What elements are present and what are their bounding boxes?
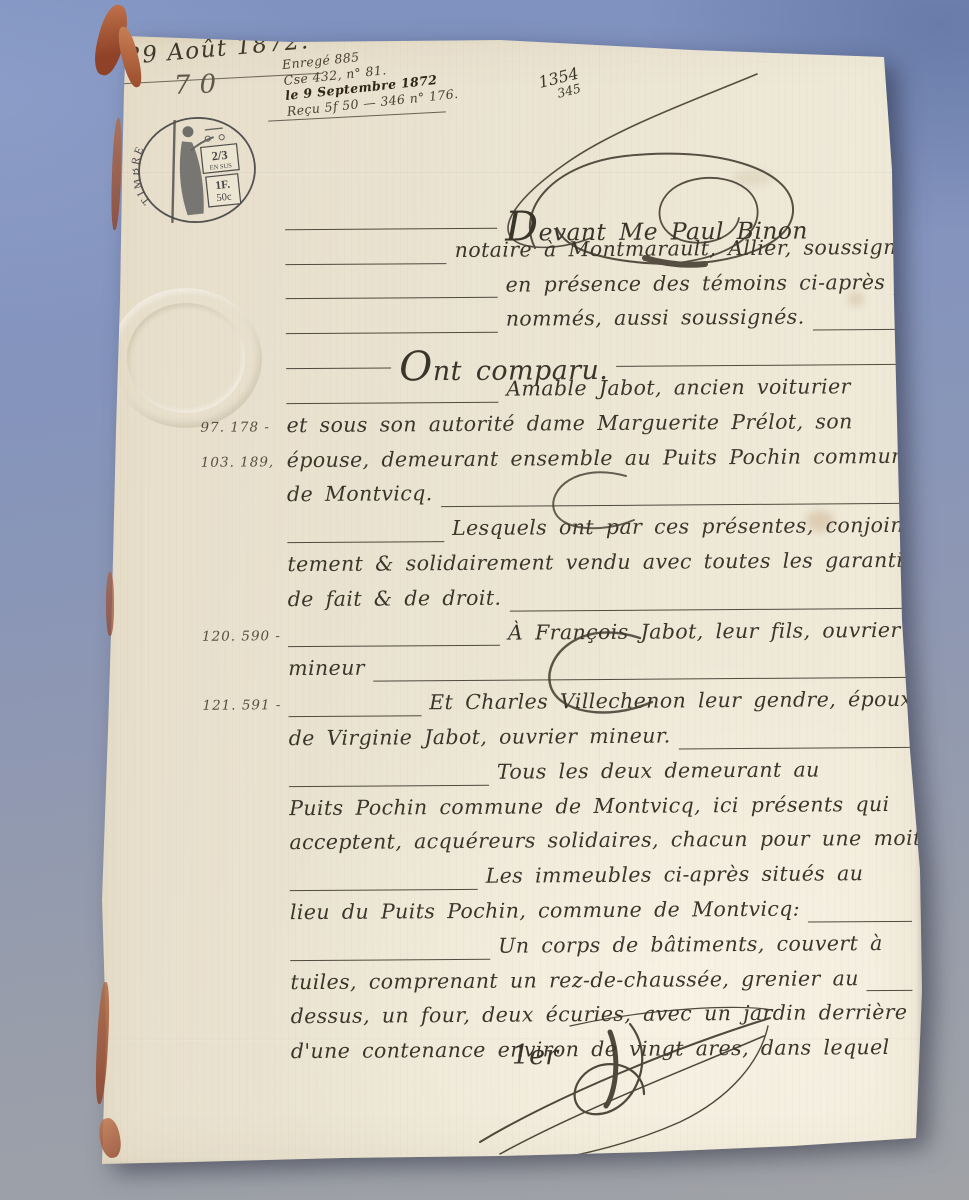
- manuscript-line: Les immeubles ci-après situés au: [290, 861, 914, 900]
- handwritten-text: de Virginie Jabot, ouvrier mineur.: [289, 723, 671, 750]
- manuscript-line: acceptent, acquéreurs solidaires, chacun…: [289, 826, 913, 865]
- manuscript-line: notaire à Montmarault, Allier, soussigné: [285, 235, 909, 274]
- paraph-label: 1er: [512, 1040, 560, 1071]
- handwritten-text: Tous les deux demeurant au: [497, 757, 820, 783]
- handwritten-text: lieu du Puits Pochin, commune de Montvic…: [290, 897, 800, 925]
- blank-fill-line: [287, 541, 444, 543]
- margin-annotation: 120. 590 -: [202, 628, 281, 645]
- manuscript-line: de fait & de droit.: [288, 583, 912, 622]
- stamp-surcharge-box: 2/3 EN SUS: [201, 144, 240, 174]
- svg-text:2/3: 2/3: [211, 148, 228, 164]
- handwritten-text: Et Charles Villechenon leur gendre, épou…: [429, 687, 912, 714]
- blank-fill-line: [288, 645, 500, 647]
- manuscript-line: Amable Jabot, ancien voiturier: [286, 374, 910, 413]
- svg-text:50c: 50c: [216, 192, 233, 205]
- signature-paraph: 1er: [420, 1002, 780, 1177]
- handwritten-text: nommés, aussi soussignés.: [506, 305, 805, 331]
- manuscript-line: nommés, aussi soussignés.: [286, 304, 910, 343]
- margin-annotation: 121. 591 -: [202, 697, 281, 714]
- blank-fill-line: [808, 921, 912, 923]
- handwritten-text: Amable Jabot, ancien voiturier: [506, 374, 851, 400]
- handwritten-text: tuiles, comprenant un rez-de-chaussée, g…: [290, 966, 859, 994]
- manuscript-line: Puits Pochin commune de Montvicq, ici pr…: [289, 791, 913, 830]
- handwritten-text: Un corps de bâtiments, couvert à: [498, 931, 883, 958]
- blank-fill-line: [679, 747, 911, 750]
- handwritten-text: tement & solidairement vendu avec toutes…: [287, 548, 926, 576]
- blank-fill-line: [813, 329, 908, 331]
- timbre-fiscal-stamp: TIMBRE 2/3 EN SUS: [127, 104, 267, 237]
- margin-annotation: 103. 189,: [201, 454, 275, 471]
- blank-fill-line: [509, 607, 909, 611]
- stamp-value-box: 1F. 50c: [206, 174, 241, 207]
- binding-thread: [106, 572, 114, 636]
- blank-fill-line: [286, 332, 498, 334]
- manuscript-line: de Virginie Jabot, ouvrier mineur.: [289, 722, 913, 761]
- manuscript-line: Ont comparu.: [286, 339, 910, 378]
- blank-fill-line: [285, 228, 497, 230]
- blank-fill-line: [867, 990, 913, 991]
- manuscript-line: Tous les deux demeurant au: [289, 757, 913, 796]
- blank-fill-line: [290, 958, 490, 960]
- manuscript-line: en présence des témoins ci-après: [285, 269, 909, 308]
- blank-fill-line: [441, 503, 909, 507]
- manuscript-line: 97. 178 -et sous son autorité dame Margu…: [286, 409, 910, 448]
- paper-sheet: 29 Août 1872. 70 Enregé 885 Cse 432, n° …: [92, 30, 928, 1170]
- blank-fill-line: [893, 294, 907, 295]
- manuscript-line: tement & solidairement vendu avec toutes…: [287, 548, 911, 587]
- handwritten-text: Puits Pochin commune de Montvicq, ici pr…: [289, 792, 889, 820]
- ink-flourish-c: [544, 468, 644, 534]
- handwritten-text: en présence des témoins ci-après: [505, 270, 885, 297]
- manuscript-line: Un corps de bâtiments, couvert à: [290, 931, 914, 970]
- blind-embossed-seal: [110, 288, 262, 428]
- photograph-of-notarial-deed: 29 Août 1872. 70 Enregé 885 Cse 432, n° …: [0, 0, 969, 1200]
- document-page: 29 Août 1872. 70 Enregé 885 Cse 432, n° …: [92, 30, 928, 1170]
- handwritten-text: et sous son autorité dame Marguerite Pré…: [286, 409, 852, 437]
- blank-fill-line: [286, 297, 498, 299]
- blank-fill-line: [285, 263, 446, 265]
- handwritten-text: notaire à Montmarault, Allier, soussigné: [455, 235, 910, 262]
- manuscript-line: lieu du Puits Pochin, commune de Montvic…: [290, 896, 914, 935]
- ink-flourish-c: [540, 628, 662, 720]
- margin-annotation: 97. 178 -: [200, 419, 270, 435]
- svg-text:1F.: 1F.: [215, 179, 231, 192]
- blank-fill-line: [286, 367, 391, 369]
- blank-fill-line: [290, 889, 478, 891]
- handwritten-text: Les immeubles ci-après situés au: [486, 861, 864, 888]
- handwritten-text: acceptent, acquéreurs solidaires, chacun…: [289, 826, 948, 855]
- blank-fill-line: [286, 401, 498, 403]
- blank-fill-line: [289, 715, 422, 717]
- folio-number: 70: [173, 69, 225, 101]
- handwritten-text: de fait & de droit.: [288, 585, 502, 610]
- manuscript-line: Devant Me Paul Binon: [285, 200, 909, 239]
- handwritten-text: mineur: [288, 656, 365, 681]
- blank-fill-line: [289, 784, 489, 786]
- manuscript-line: tuiles, comprenant un rez-de-chaussée, g…: [290, 965, 914, 1004]
- blank-fill-line: [616, 364, 908, 367]
- handwritten-text: Lesquels ont par ces présentes, conjoin-: [452, 513, 911, 540]
- handwritten-text: de Montvicq.: [287, 482, 433, 507]
